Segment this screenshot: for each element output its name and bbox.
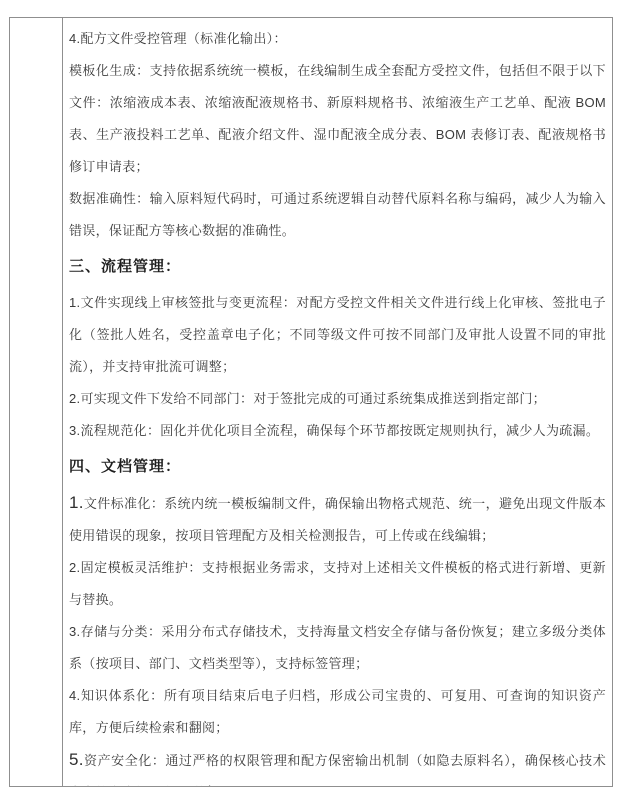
paragraph-knowledge-systematization: 4.知识体系化：所有项目结束后电子归档，形成公司宝贵的、可复用、可查询的知识资产… [69, 680, 606, 744]
paragraph-template-generation: 模板化生成：支持依据系统统一模板，在线编制生成全套配方受控文件，包括但不限于以下… [69, 55, 606, 183]
paragraph-lead-number: 5. [69, 750, 84, 769]
paragraph-text: 3.存储与分类：采用分布式存储技术，支持海量文档安全存储与备份恢复；建立多级分类… [69, 624, 606, 671]
paragraph-text: 2.可实现文件下发给不同部门：对于签批完成的可通过系统集成推送到指定部门； [69, 391, 546, 406]
paragraph-file-distribution: 2.可实现文件下发给不同部门：对于签批完成的可通过系统集成推送到指定部门； [69, 383, 606, 415]
paragraph-data-accuracy: 数据准确性：输入原料短代码时，可通过系统逻辑自动替代原料名称与编码，减少人为输入… [69, 183, 606, 247]
paragraph-process-standardization: 3.流程规范化：固化并优化项目全流程，确保每个环节都按既定规则执行，减少人为疏漏… [69, 415, 606, 447]
heading-text: 四、文档管理： [69, 458, 181, 475]
paragraph-text: 3.流程规范化：固化并优化项目全流程，确保每个环节都按既定规则执行，减少人为疏漏… [69, 423, 599, 438]
paragraph-file-standardization: 1.文件标准化：系统内统一模板编制文件，确保输出物格式规范、统一，避免出现文件版… [69, 487, 606, 552]
document-table: 4.配方文件受控管理（标准化输出）： 模板化生成：支持依据系统统一模板，在线编制… [9, 17, 613, 787]
paragraph-online-approval: 1.文件实现线上审核签批与变更流程：对配方受控文件相关文件进行线上化审核、签批电… [69, 287, 606, 383]
paragraph-text: 模板化生成：支持依据系统统一模板，在线编制生成全套配方受控文件，包括但不限于以下… [69, 63, 606, 174]
paragraph-storage-classification: 3.存储与分类：采用分布式存储技术，支持海量文档安全存储与备份恢复；建立多级分类… [69, 616, 606, 680]
paragraph-text: 1.文件实现线上审核签批与变更流程：对配方受控文件相关文件进行线上化审核、签批电… [69, 295, 606, 374]
paragraph-lead-number: 1. [69, 493, 84, 512]
paragraph-template-maintenance: 2.固定模板灵活维护：支持根据业务需求，支持对上述相关文件模板的格式进行新增、更… [69, 552, 606, 616]
table-left-cell [10, 18, 63, 786]
table-content-cell: 4.配方文件受控管理（标准化输出）： 模板化生成：支持依据系统统一模板，在线编制… [63, 18, 612, 786]
paragraph-text: 文件标准化：系统内统一模板编制文件，确保输出物格式规范、统一，避免出现文件版本使… [69, 496, 606, 543]
paragraph-text: 2.固定模板灵活维护：支持根据业务需求，支持对上述相关文件模板的格式进行新增、更… [69, 560, 606, 607]
paragraph-text: 4.知识体系化：所有项目结束后电子归档，形成公司宝贵的、可复用、可查询的知识资产… [69, 688, 606, 735]
paragraph-controlled-doc-mgmt: 4.配方文件受控管理（标准化输出）： [69, 23, 606, 55]
paragraph-text: 数据准确性：输入原料短代码时，可通过系统逻辑自动替代原料名称与编码，减少人为输入… [69, 191, 606, 238]
heading-text: 三、流程管理： [69, 258, 181, 275]
paragraph-asset-security: 5.资产安全化：通过严格的权限管理和配方保密输出机制（如隐去原料名），确保核心技… [69, 744, 606, 786]
paragraph-text: 4.配方文件受控管理（标准化输出）： [69, 31, 287, 46]
section-heading-process-management: 三、流程管理： [69, 247, 606, 287]
section-heading-document-management: 四、文档管理： [69, 447, 606, 487]
paragraph-text: 资产安全化：通过严格的权限管理和配方保密输出机制（如隐去原料名），确保核心技术资… [69, 753, 606, 786]
